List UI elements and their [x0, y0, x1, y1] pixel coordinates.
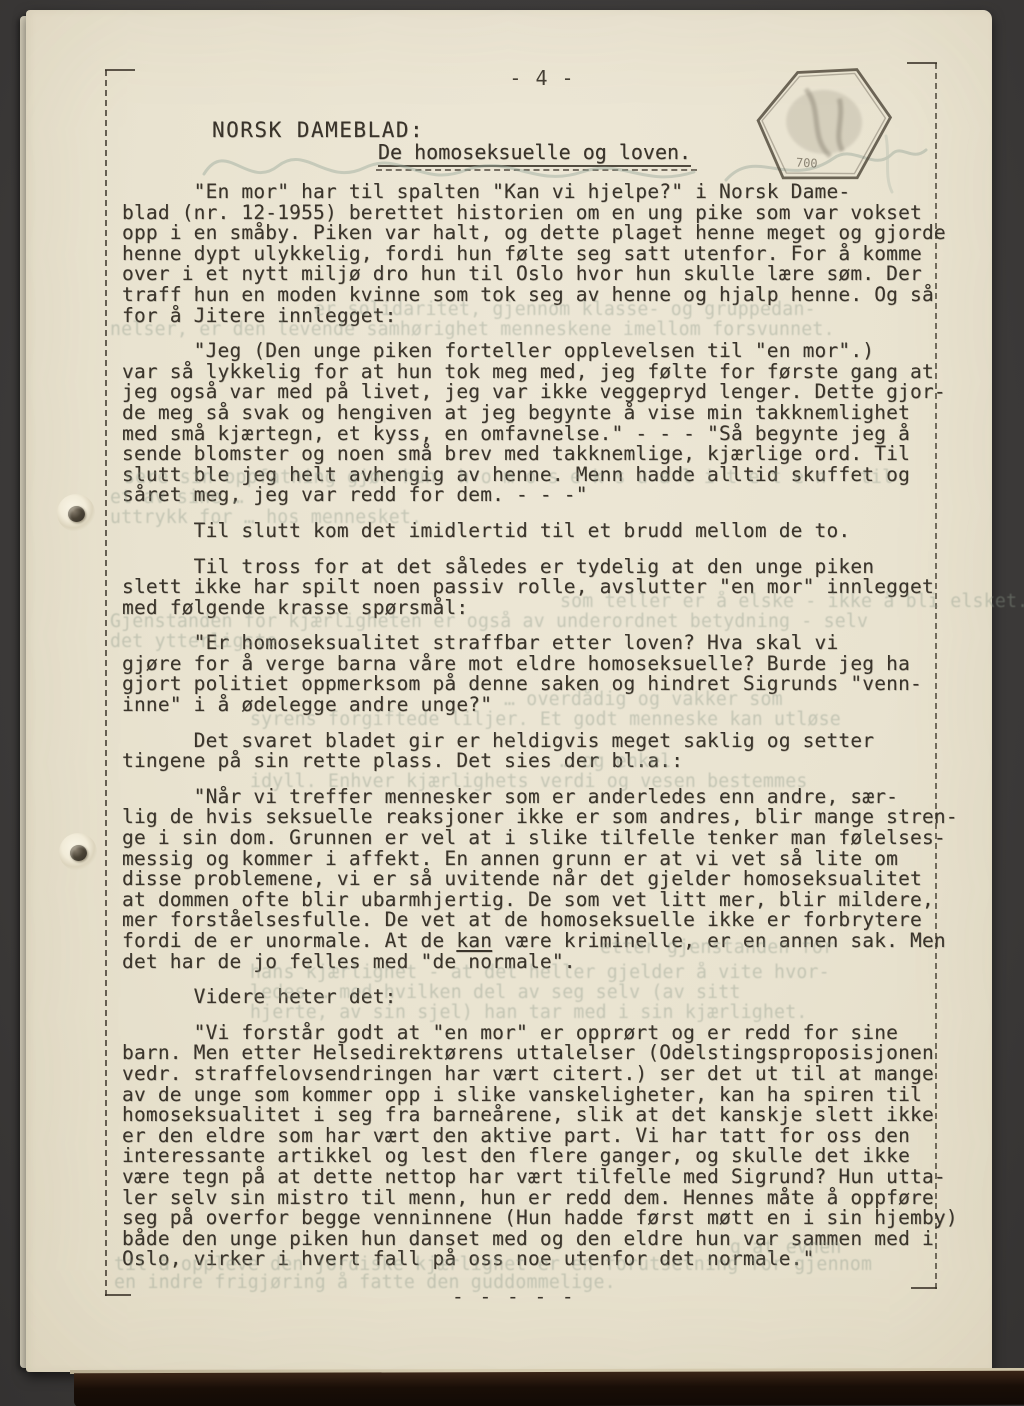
typed-line: fordi de er unormale. At de kan være kri… — [122, 931, 966, 952]
typed-line: disse problemene, vi er så uvitende når … — [122, 869, 966, 890]
typed-line: opp i en småby. Piken var halt, og dette… — [122, 223, 966, 244]
bleedthrough-text: det ytterligste … — [110, 632, 300, 652]
typed-line: henne dypt ulykkelig, fordi hun følte se… — [122, 244, 966, 265]
paragraph: "Vi forstår godt at "en mor" er opprørt … — [122, 1023, 966, 1270]
bleedthrough-text: en indre frigjøring å fatte den guddomme… — [114, 1273, 616, 1293]
bleedthrough-text: uttrykk for … hos mennesket. — [110, 508, 422, 528]
typed-line: ge i sin dom. Grunnen er vel at i slike … — [122, 828, 966, 849]
typed-line: seg på overfor begge venninnene (Hun had… — [122, 1208, 966, 1229]
typed-line: vedr. straffelovsendringen har vært cite… — [122, 1064, 966, 1085]
typed-line: mer forståelsesfulle. De vet at de homos… — [122, 910, 966, 931]
paragraph: "Når vi treffer mennesker som er anderle… — [122, 787, 966, 972]
typed-line: være tegn på at dette nettop har vært ti… — [122, 1167, 966, 1188]
typed-line: jeg også var med på livet, jeg var ikke … — [122, 382, 966, 403]
typed-line: Til tross for at det således er tydelig … — [122, 557, 966, 578]
typed-body: "En mor" har til spalten "Kan vi hjelpe?… — [122, 182, 966, 1308]
bleedthrough-text: etter gjenstanden for — [600, 938, 834, 958]
typed-line: barn. Men etter Helsedirektørens uttalel… — [122, 1043, 966, 1064]
page-stack-shadow — [74, 1371, 1024, 1406]
paper-sheet: - 4 - NORSK DAMEBLAD: De homoseksuelle o… — [26, 10, 992, 1372]
typed-line: tingene på sin rette plass. Det sies der… — [122, 751, 966, 772]
typed-line: homoseksualitet i seg fra barneårene, sl… — [122, 1105, 966, 1126]
typed-line: sende blomster og noen små brev med takk… — [122, 444, 966, 465]
bleedthrough-text: som teller er å elske - ikke å bli elske… — [560, 592, 1024, 612]
typed-line: er den eldre som har vært den aktive par… — [122, 1126, 966, 1147]
bleedthrough-text: sere sin oppfatning gjør hun h o m o s e… — [124, 468, 893, 488]
frame-corner-top-right — [907, 62, 937, 64]
punch-hole — [57, 494, 95, 532]
bleedthrough-text: syrens forgiftede liljer. Et godt mennes… — [250, 710, 841, 730]
typed-line: lig de hvis seksuelle reaksjoner ikke er… — [122, 807, 966, 828]
scan-background: { "document": { "page_number": "- 4 -", … — [0, 0, 1024, 1406]
typed-line: interessante artikkel og lest den flere … — [122, 1146, 966, 1167]
bleedthrough-text: idyll. Enhver kjærlighets verdi og vesen… — [250, 772, 808, 792]
punch-hole — [59, 833, 97, 871]
bleedthrough-text: hjerte, av sin sjel) han tar med i sin k… — [250, 1003, 808, 1023]
bleedthrough-text: hans kjærlighet - at det heller gjelder … — [250, 963, 830, 983]
bleedthrough-text: er solidaritet, gjennom klasse- og grupp… — [314, 300, 816, 320]
bleedthrough-text: Gjenstanden for kjærligheten er også av … — [110, 612, 868, 632]
hexagonal-stamp: 700 — [740, 62, 910, 192]
typed-line: såret meg, jeg var redd for dem. - - -" — [122, 485, 966, 506]
bleedthrough-text: ledes … med hvilken del av seg selv (av … — [250, 983, 741, 1003]
typed-line: "En mor" har til spalten "Kan vi hjelpe?… — [122, 182, 966, 203]
bleedthrough-text: et av sine … — [110, 488, 244, 508]
bleedthrough-text: … og enkel — [560, 752, 672, 772]
underlined-word: kan — [456, 929, 492, 952]
frame-left-line — [105, 70, 107, 1296]
bleedthrough-text: … overdådig og vakker som — [504, 690, 783, 710]
stamp-mark: 700 — [796, 156, 818, 171]
typed-line: de meg så svak og hengiven at jeg begynt… — [122, 403, 966, 424]
typed-line: "Jeg (Den unge piken forteller opplevels… — [122, 341, 966, 362]
typed-line: over i et nytt miljø dro hun til Oslo hv… — [122, 264, 966, 285]
paragraph: Det svaret bladet gir er heldigvis meget… — [122, 731, 966, 772]
typed-line: "Vi forstår godt at "en mor" er opprørt … — [122, 1023, 966, 1044]
bleedthrough-text: nelser, er den levende samhørighet menne… — [110, 320, 835, 340]
